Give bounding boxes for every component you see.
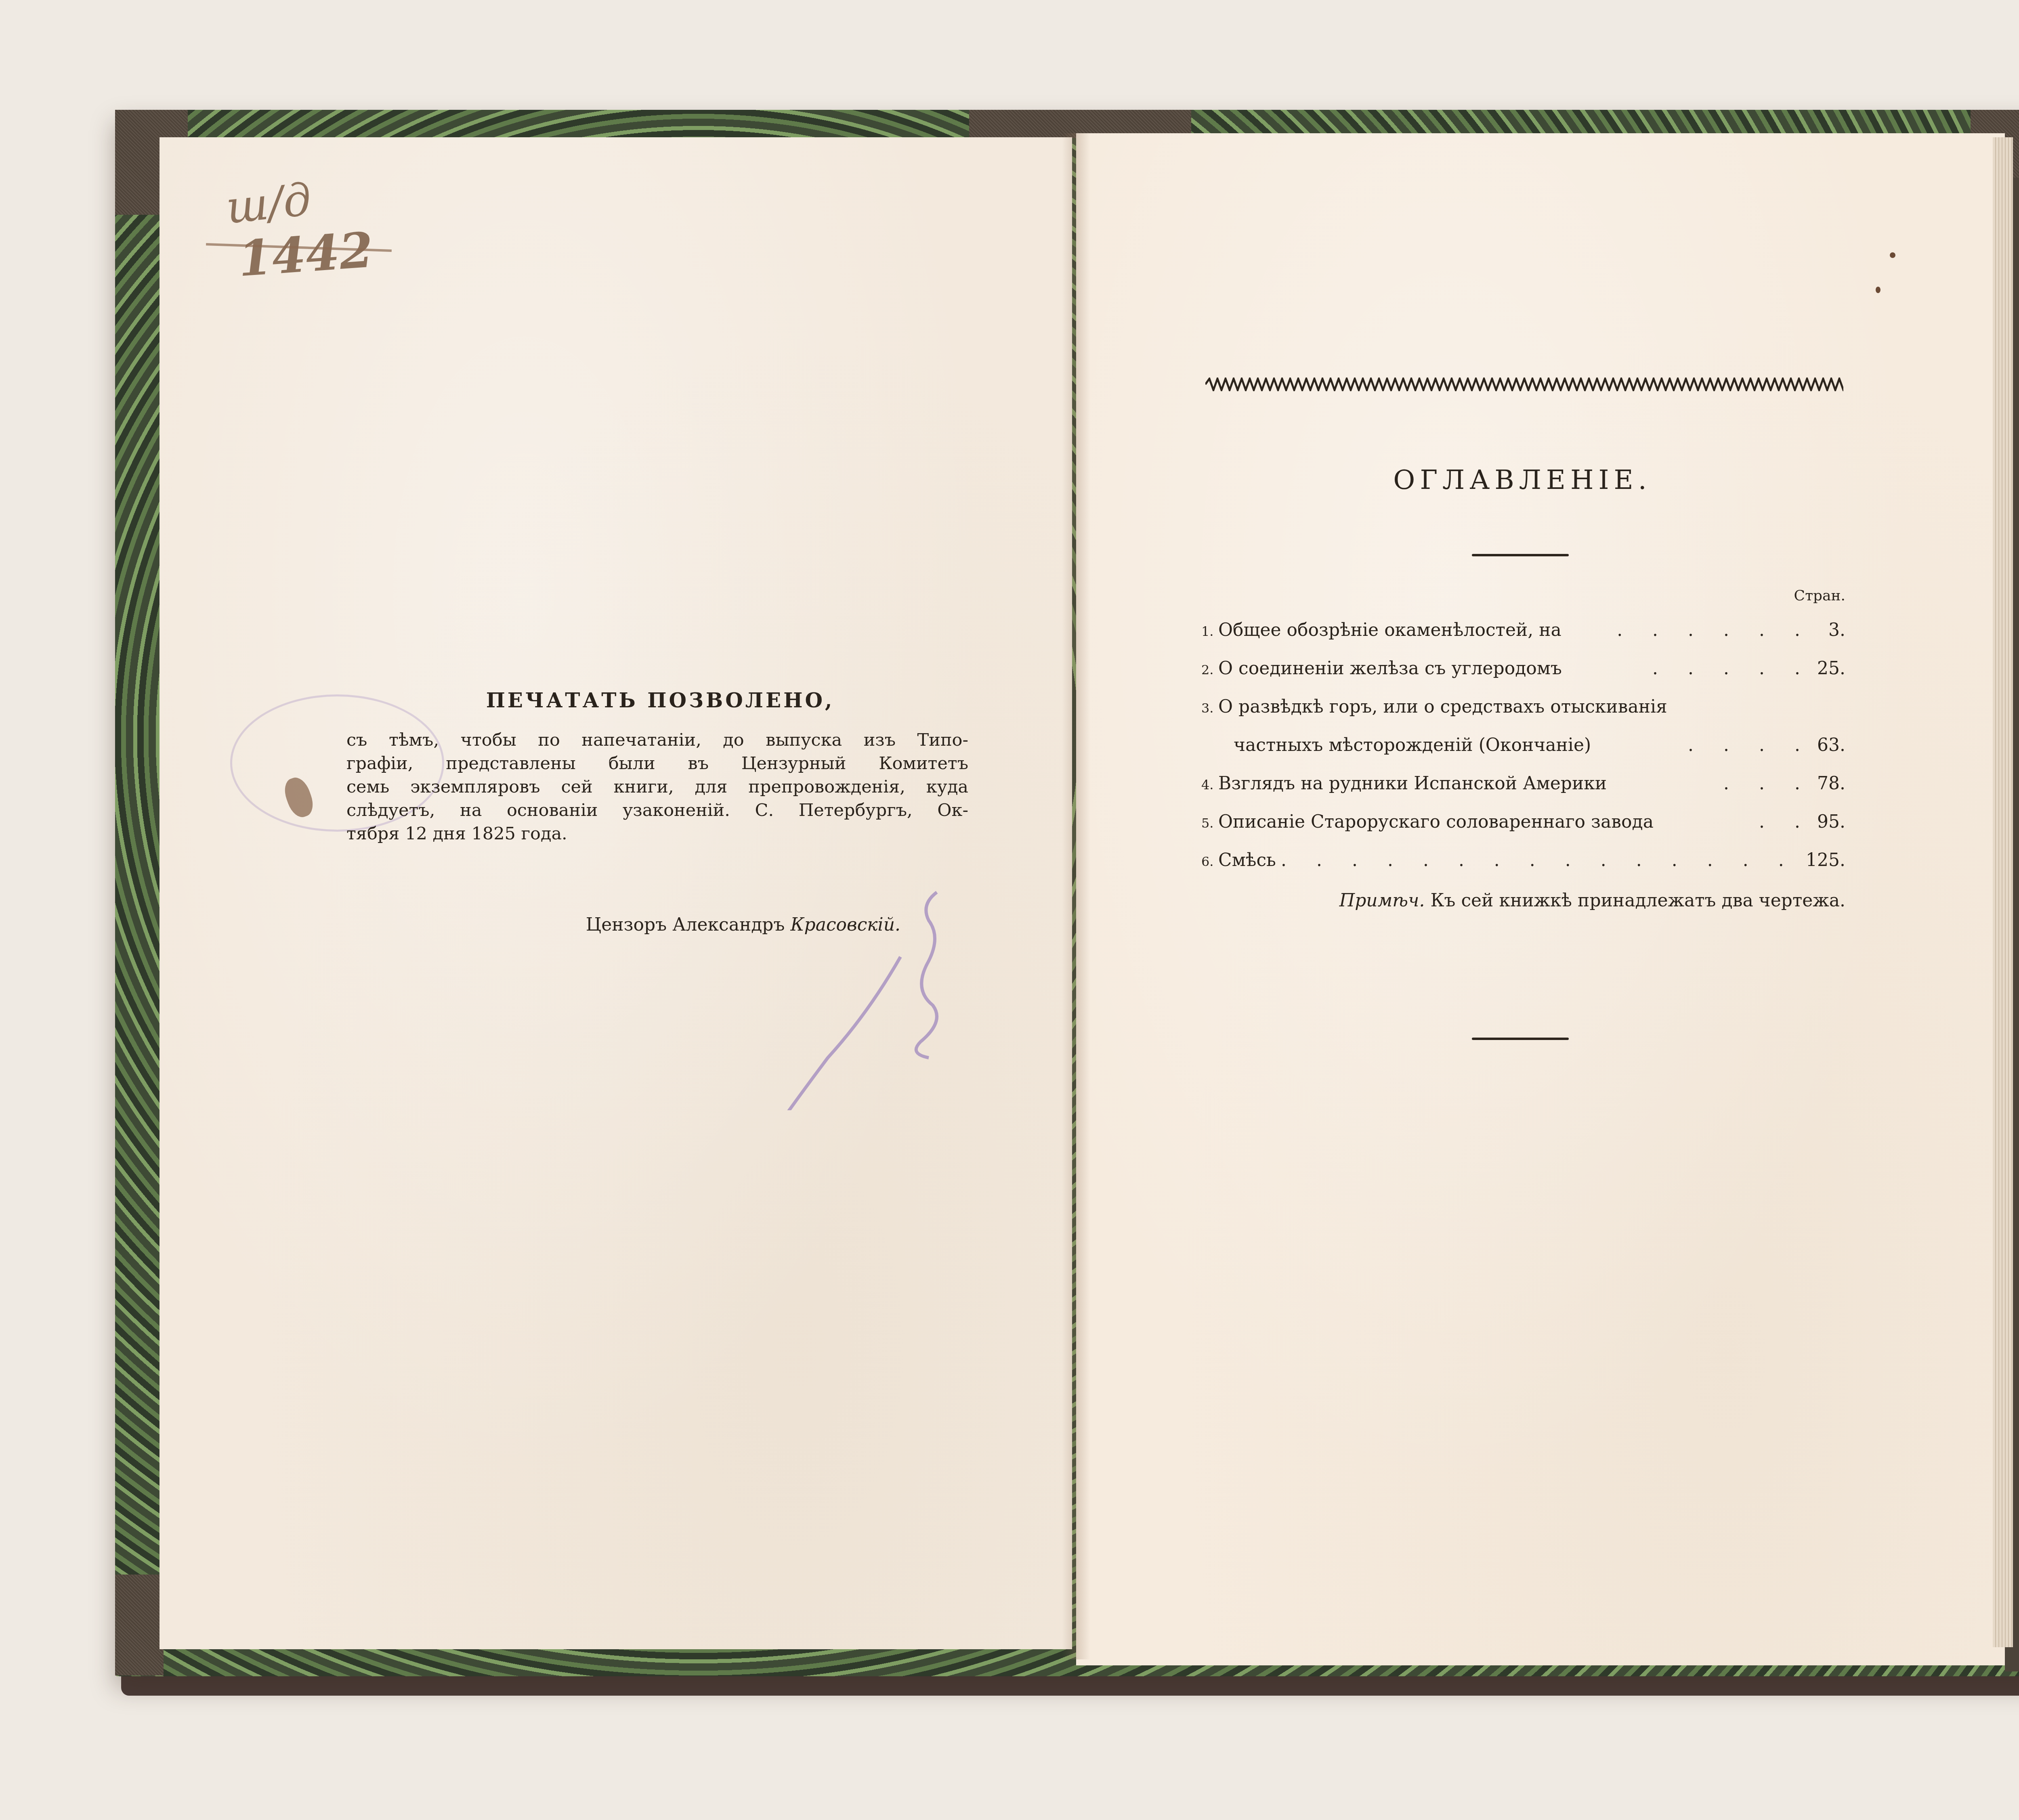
- stain-dot: [1890, 252, 1895, 258]
- note-label: Примѣч.: [1339, 890, 1425, 911]
- toc-entry: 2. О соединеніи желѣза съ углеродомъ . .…: [1201, 658, 1845, 686]
- permit-line-5: тября 12 дня 1825 года.: [346, 824, 968, 844]
- toc-entry: 4. Взглядъ на рудники Испанской Америки …: [1201, 773, 1845, 801]
- permit-line-4: слѣдуетъ, на основаніи узаконеній. С. Пе…: [346, 800, 968, 820]
- pages-column-label: Стран.: [1765, 587, 1845, 604]
- shelf-mark-number: 1442: [236, 222, 375, 288]
- shelf-mark-top: ш/д: [224, 173, 314, 233]
- dot-leader: . . . .: [1591, 735, 1817, 755]
- censor-signature: Цензоръ Александръ Красовскій.: [537, 914, 900, 935]
- dot-leader: . . . . .: [1562, 658, 1817, 679]
- toc-entry: 6. Смѣсь . . . . . . . . . . . . . . . .…: [1201, 850, 1845, 878]
- toc-note: Примѣч. Къ сей книжкѣ принадлежатъ два ч…: [1304, 890, 1845, 911]
- book-gutter: [1062, 133, 1090, 1659]
- permit-heading: ПЕЧАТАТЬ ПОЗВОЛЕНО,: [458, 688, 862, 712]
- permit-line-3: семь экземпляровъ сей книги, для препров…: [346, 777, 968, 797]
- toc-entry: 5. Описаніе Старорускаго соловареннаго з…: [1201, 811, 1845, 840]
- toc-entry: 3. О развѣдкѣ горъ, или о средствахъ оты…: [1201, 696, 1845, 725]
- note-text: Къ сей книжкѣ принадлежатъ два чертежа.: [1430, 890, 1845, 911]
- dot-leader: . .: [1654, 811, 1817, 832]
- toc-entry-continuation: частныхъ мѣсторожденій (Окончаніе) . . .…: [1201, 735, 1845, 763]
- title-rule: [1472, 554, 1569, 556]
- dot-leader: . . . . . . . . . . . . . . . . .: [1276, 850, 1806, 870]
- purple-pencil-marks: [767, 868, 1050, 1110]
- toc-title: ОГЛАВЛЕНІЕ.: [1280, 464, 1765, 495]
- closing-rule: [1472, 1038, 1569, 1040]
- page-block-edges: [1993, 137, 2013, 1647]
- dot-leader: . . .: [1607, 773, 1817, 794]
- toc-entry: 1. Общее обозрѣніе окаменѣлостей, на . .…: [1201, 620, 1845, 648]
- stain-dot: [1876, 287, 1880, 293]
- censor-prefix: Цензоръ Александръ: [586, 914, 785, 935]
- permit-line-2: графіи, представлены были въ Цензурный К…: [346, 753, 968, 774]
- dot-leader: . . . . . .: [1561, 620, 1817, 640]
- cloth-corner-bottom-left: [115, 1575, 164, 1675]
- ornamental-zigzag-rule: [1205, 377, 1843, 391]
- censor-name: Красовскій.: [790, 914, 900, 935]
- permit-line-1: съ тѣмъ, чтобы по напечатаніи, до выпуск…: [346, 730, 968, 750]
